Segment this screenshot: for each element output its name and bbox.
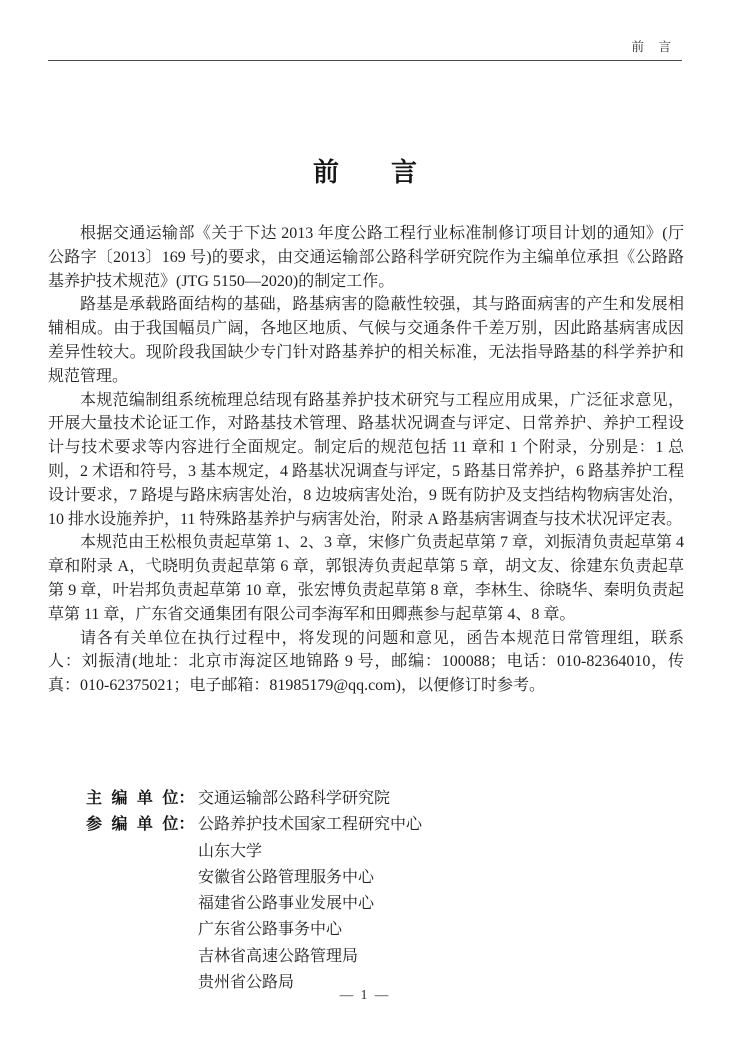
chief-editor-unit-row: 主 编 单 位：交通运输部公路科学研究院	[86, 786, 646, 812]
foreword-paragraph-1: 根据交通运输部《关于下达 2013 年度公路工程行业标准制修订项目计划的通知》(…	[48, 222, 684, 293]
participating-units-row: 参 编 单 位：公路养护技术国家工程研究中心	[86, 812, 646, 838]
foreword-body: 根据交通运输部《关于下达 2013 年度公路工程行业标准制修订项目计划的通知》(…	[48, 222, 684, 698]
header-rule	[48, 60, 682, 61]
chief-editor-label: 主 编 单 位：	[86, 786, 198, 812]
foreword-paragraph-3: 本规范编制组系统梳理总结现有路基养护技术研究与工程应用成果，广泛征求意见，开展大…	[48, 389, 684, 532]
participating-unit-value: 广东省公路事务中心	[198, 917, 646, 943]
chief-editor-value: 交通运输部公路科学研究院	[198, 790, 390, 807]
running-header-title: 前 言	[631, 37, 672, 55]
participating-unit-value: 福建省公路事业发展中心	[198, 891, 646, 917]
page-title: 前 言	[0, 152, 730, 189]
document-page: 前 言 前 言 根据交通运输部《关于下达 2013 年度公路工程行业标准制修订项…	[0, 0, 730, 1045]
page-number: — 1 —	[0, 987, 730, 1003]
participating-units-label: 参 编 单 位：	[86, 812, 198, 838]
participating-unit-value: 山东大学	[198, 839, 646, 865]
foreword-paragraph-5: 请各有关单位在执行过程中，将发现的问题和意见，函告本规范日常管理组，联系人：刘振…	[48, 627, 684, 698]
foreword-paragraph-4: 本规范由王松根负责起草第 1、2、3 章，宋修广负责起草第 7 章，刘振清负责起…	[48, 531, 684, 626]
editing-units-section: 主 编 单 位：交通运输部公路科学研究院 参 编 单 位：公路养护技术国家工程研…	[86, 786, 646, 996]
participating-unit-value: 安徽省公路管理服务中心	[198, 865, 646, 891]
participating-unit-value: 吉林省高速公路管理局	[198, 944, 646, 970]
foreword-paragraph-2: 路基是承载路面结构的基础，路基病害的隐蔽性较强，其与路面病害的产生和发展相辅相成…	[48, 293, 684, 388]
participating-unit-value: 公路养护技术国家工程研究中心	[198, 816, 422, 833]
